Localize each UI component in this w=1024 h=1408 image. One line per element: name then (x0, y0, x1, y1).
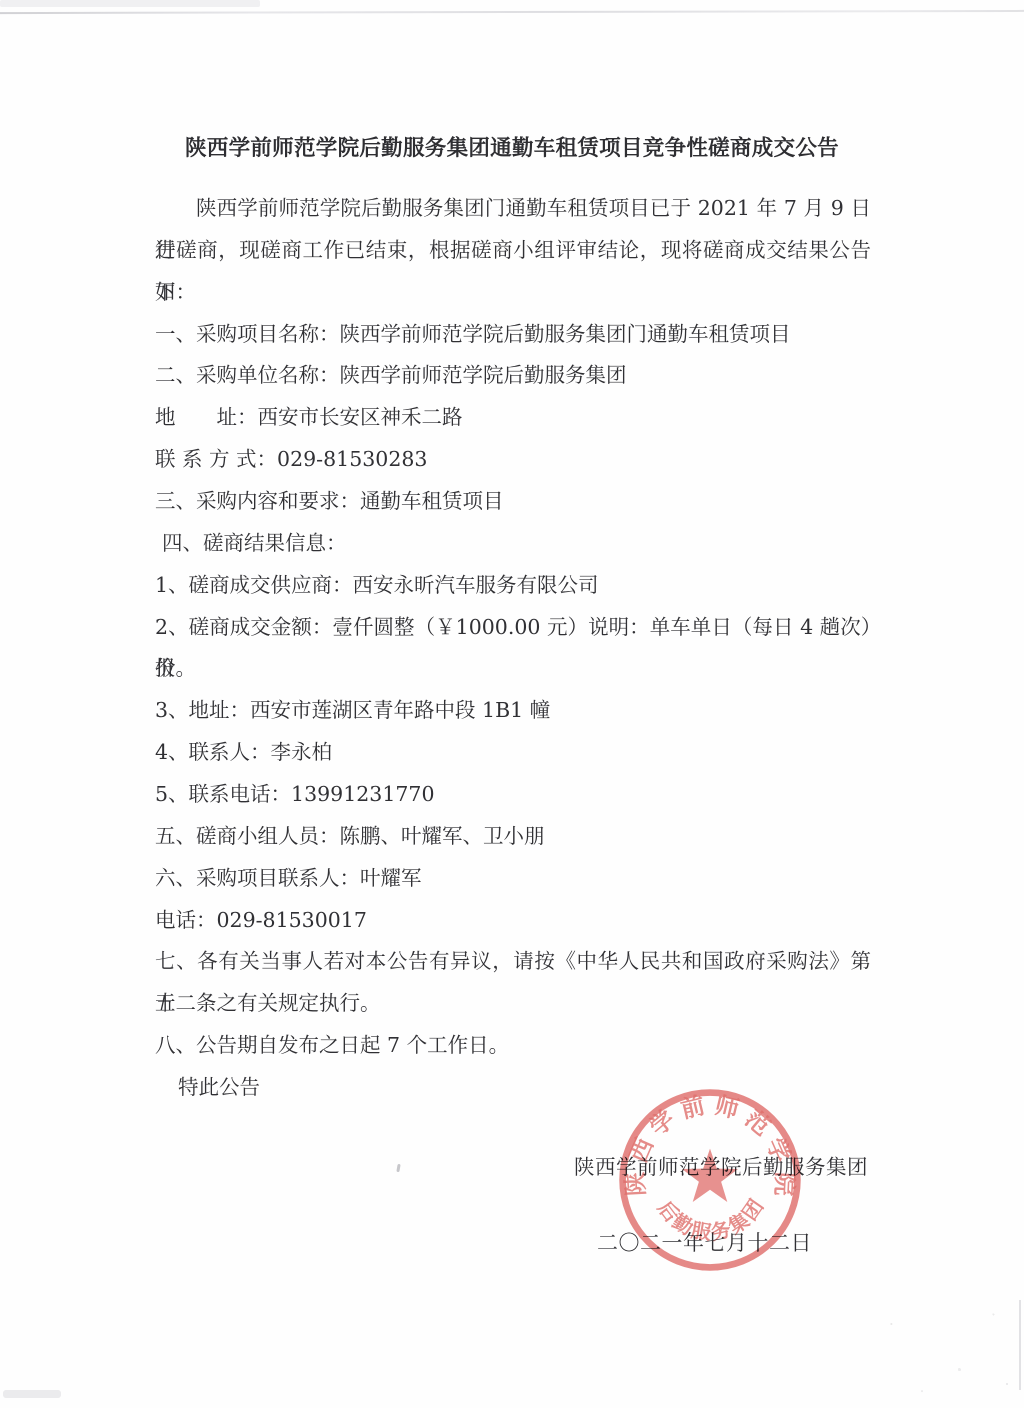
document-line: 5、联系电话：13991231770 (155, 774, 871, 816)
document-line: 地 址：西安市长安区神禾二路 (155, 397, 871, 439)
seal-star-icon (682, 1149, 738, 1202)
document-line: 下： (155, 272, 871, 314)
document-line: 联 系 方 式：029-81530283 (155, 439, 871, 481)
scan-paper-edge-line (0, 10, 1024, 14)
document-line: 二、采购单位名称：陕西学前师范学院后勤服务集团 (155, 355, 871, 397)
seal-bottom-text: 后勤服务集团 (653, 1195, 768, 1245)
document-line: 陕西学前师范学院后勤服务集团门通勤车租赁项目已于 2021 年 7 月 9 日进 (155, 188, 871, 230)
scanned-document-page: 陕西学前师范学院后勤服务集团通勤车租赁项目竞争性磋商成交公告 陕西学前师范学院后… (0, 0, 1024, 1408)
document-line: 三、采购内容和要求：通勤车租赁项目 (155, 481, 871, 523)
document-line: 十二条之有关规定执行。 (155, 983, 871, 1025)
document-body: 陕西学前师范学院后勤服务集团门通勤车租赁项目已于 2021 年 7 月 9 日进… (155, 188, 871, 1109)
document-line: 八、公告期自发布之日起 7 个工作日。 (155, 1025, 871, 1067)
document-line: 七、各有关当事人若对本公告有异议，请按《中华人民共和国政府采购法》第五 (155, 941, 871, 983)
document-line: 3、地址：西安市莲湖区青年路中段 1B1 幢 (155, 690, 871, 732)
document-line: 六、采购项目联系人：叶耀军 (155, 858, 871, 900)
document-line: 四、磋商结果信息： (155, 523, 871, 565)
document-line: 2、磋商成交金额：壹仟圆整（￥1000.00 元）说明：单车单日（每日 4 趟次… (155, 607, 871, 649)
scan-noise-bottom-right (854, 1288, 1024, 1408)
scan-edge-smudge-top (0, 0, 260, 7)
document-line: 电话：029-81530017 (155, 900, 871, 942)
scan-smudge-bottom-left (3, 1390, 61, 1398)
document-title: 陕西学前师范学院后勤服务集团通勤车租赁项目竞争性磋商成交公告 (0, 131, 1024, 162)
document-line: 1、磋商成交供应商：西安永昕汽车服务有限公司 (155, 565, 871, 607)
document-line: 4、联系人：李永柏 (155, 732, 871, 774)
document-line: 行磋商，现磋商工作已结束，根据磋商小组评审结论，现将磋商成交结果公告如 (155, 230, 871, 272)
official-seal-stamp: 陕西学前师范学院 后勤服务集团 (615, 1085, 805, 1275)
scan-edge-sliver-right (1019, 1300, 1021, 1390)
document-line: 五、磋商小组人员：陈鹏、叶耀军、卫小朋 (155, 816, 871, 858)
document-line: 价。 (155, 648, 871, 690)
document-line: 一、采购项目名称：陕西学前师范学院后勤服务集团门通勤车租赁项目 (155, 314, 871, 356)
